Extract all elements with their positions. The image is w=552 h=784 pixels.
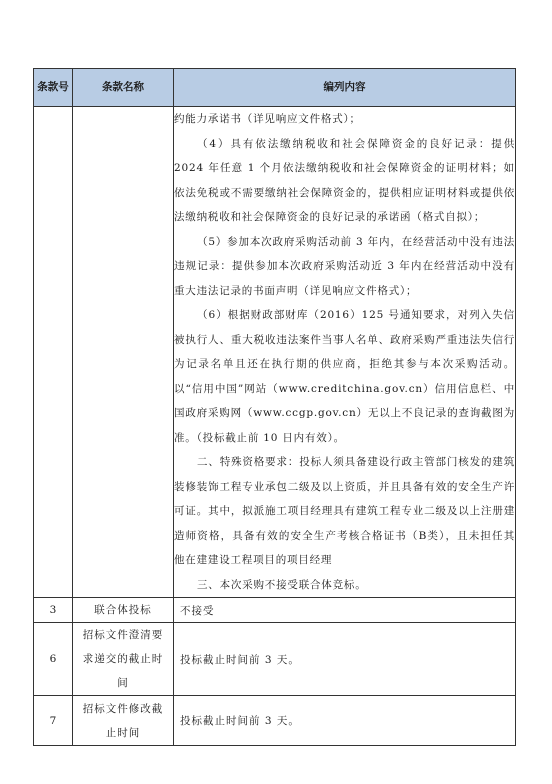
clause-name-cell: 联合体投标	[73, 598, 174, 623]
clause-number-cell	[34, 107, 73, 598]
clause-number-cell: 7	[34, 696, 73, 746]
clause-content-cell: 投标截止时间前 3 天。	[174, 623, 516, 696]
table-header-row: 条款号 条款名称 编列内容	[34, 69, 516, 107]
paragraph-credit-check: （6）根据财政部财库（2016）125 号通知要求，对列入失信被执行人、重大税收…	[174, 303, 515, 450]
clause-number-cell: 3	[34, 598, 73, 623]
clause-number-cell: 6	[34, 623, 73, 696]
table-row: 6 招标文件澄清要求递交的截止时间 投标截止时间前 3 天。	[34, 623, 516, 696]
paragraph-no-violation: （5）参加本次政府采购活动前 3 年内，在经营活动中没有违法违规记录：提供参加本…	[174, 230, 515, 304]
table-row: 3 联合体投标 不接受	[34, 598, 516, 623]
clause-name-cell: 招标文件澄清要求递交的截止时间	[73, 623, 174, 696]
table-row: 7 招标文件修改截止时间 投标截止时间前 3 天。	[34, 696, 516, 746]
clause-content-cell: 约能力承诺书（详见响应文件格式）； （4）具有依法缴纳税收和社会保障资金的良好记…	[174, 107, 516, 598]
header-content: 编列内容	[174, 69, 516, 107]
table-row-continued: 约能力承诺书（详见响应文件格式）； （4）具有依法缴纳税收和社会保障资金的良好记…	[34, 107, 516, 598]
paragraph-tax-record: （4）具有依法缴纳税收和社会保障资金的良好记录：提供 2024 年任意 1 个月…	[174, 132, 515, 230]
paragraph-special-qualification: 二、特殊资格要求：投标人须具备建设行政主管部门核发的建筑装修装饰工程专业承包二级…	[174, 450, 515, 573]
clause-content-cell: 投标截止时间前 3 天。	[174, 696, 516, 746]
header-clause-name: 条款名称	[73, 69, 174, 107]
clause-name-cell	[73, 107, 174, 598]
clause-name-cell: 招标文件修改截止时间	[73, 696, 174, 746]
clause-content-cell: 不接受	[174, 598, 516, 623]
paragraph-continued: 约能力承诺书（详见响应文件格式）；	[174, 107, 515, 132]
header-clause-number: 条款号	[34, 69, 73, 107]
bid-clauses-table: 条款号 条款名称 编列内容 约能力承诺书（详见响应文件格式）； （4）具有依法缴…	[33, 68, 516, 746]
paragraph-no-consortium: 三、本次采购不接受联合体竞标。	[174, 573, 515, 598]
